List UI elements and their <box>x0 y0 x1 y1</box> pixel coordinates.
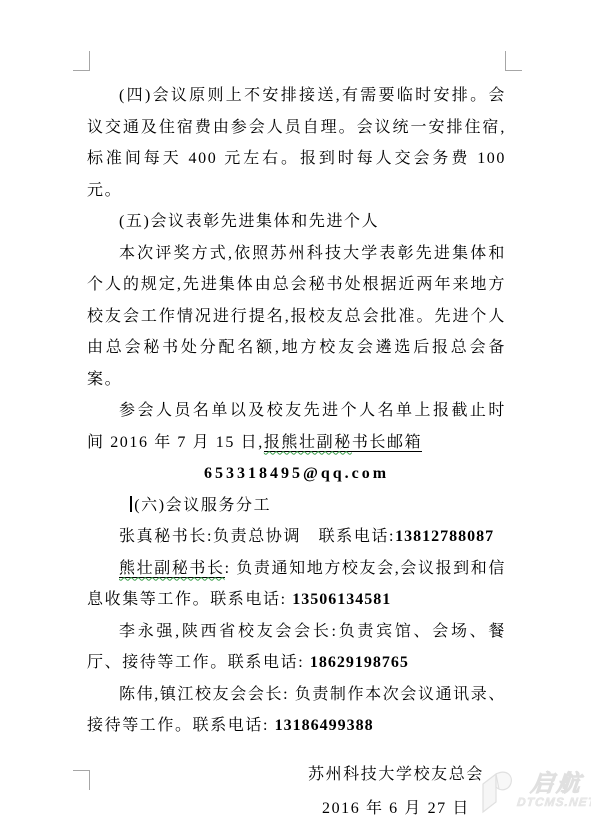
paragraph-deadline: 参会人员名单以及校友先进个人名单上报截止时间 2016 年 7 月 15 日,报… <box>87 395 506 458</box>
watermark-text: 启航 DTCMS.NET <box>517 771 591 809</box>
signature-date: 2016 年 6 月 27 日 <box>308 792 484 818</box>
signature-organization: 苏州科技大学校友总会 <box>308 758 484 792</box>
paragraph-commendation-body: 本次评奖方式,依照苏州科技大学表彰先进集体和个人的规定,先进集体由总会秘书处根据… <box>87 238 506 396</box>
signature-block: 苏州科技大学校友总会 2016 年 6 月 27 日 <box>308 758 484 818</box>
contact-chenwei-phone: 13186499388 <box>275 717 374 734</box>
contact-zhangzhen-phone: 13812788087 <box>395 528 494 545</box>
deadline-underlined-phrase: 报熊壮副秘书长邮箱 <box>264 434 422 452</box>
contact-liyongqiang-text: 李永强,陕西省校友会会长:负责宾馆、会场、餐厅、接待等工作。联系电话: <box>87 623 506 672</box>
paragraph-contact-xiongzhuang: 熊壮副秘书长: 负责通知地方校友会,会议报到和信息收集等工作。联系电话: 135… <box>87 553 506 616</box>
margin-mark-top-right <box>505 51 522 71</box>
contact-zhangzhen-text: 张真秘书长:负责总协调 联系电话: <box>119 528 395 545</box>
margin-mark-top-left <box>73 51 90 71</box>
document-content[interactable]: (四)会议原则上不安排接送,有需要临时安排。会议交通及住宿费由参会人员自理。会议… <box>87 80 506 818</box>
contact-liyongqiang-phone: 18629198765 <box>310 654 409 671</box>
contact-xiongzhuang-phone: 13506134581 <box>292 591 391 608</box>
document-page: (四)会议原则上不安排接送,有需要临时安排。会议交通及住宿费由参会人员自理。会议… <box>0 0 591 818</box>
paragraph-reception-arrangement: (四)会议原则上不安排接送,有需要临时安排。会议交通及住宿费由参会人员自理。会议… <box>87 80 506 206</box>
paragraph-contact-chenwei: 陈伟,镇江校友会会长: 负责制作本次会议通讯录、接待等工作。联系电话: 1318… <box>87 679 506 742</box>
text-caret <box>130 496 132 512</box>
contact-xiongzhuang-name: 熊壮副秘书长 <box>119 560 225 578</box>
deadline-underlined-squiggle: 报熊壮副秘 <box>264 434 352 451</box>
paragraph-contact-zhangzhen: 张真秘书长:负责总协调 联系电话:13812788087 <box>87 521 506 553</box>
paragraph-service-heading: (六)会议服务分工 <box>87 490 506 522</box>
paragraph-commendation-heading: (五)会议表彰先进集体和先进个人 <box>87 206 506 238</box>
deadline-underlined-rest: 书长邮箱 <box>352 434 422 451</box>
watermark-site: DTCMS.NET <box>516 795 591 809</box>
paragraph-email: 653318495@qq.com <box>87 458 506 490</box>
paragraph-contact-liyongqiang: 李永强,陕西省校友会会长:负责宾馆、会场、餐厅、接待等工作。联系电话: 1862… <box>87 616 506 679</box>
watermark-title: 启航 <box>529 771 584 795</box>
service-heading-text: (六)会议服务分工 <box>134 497 271 514</box>
